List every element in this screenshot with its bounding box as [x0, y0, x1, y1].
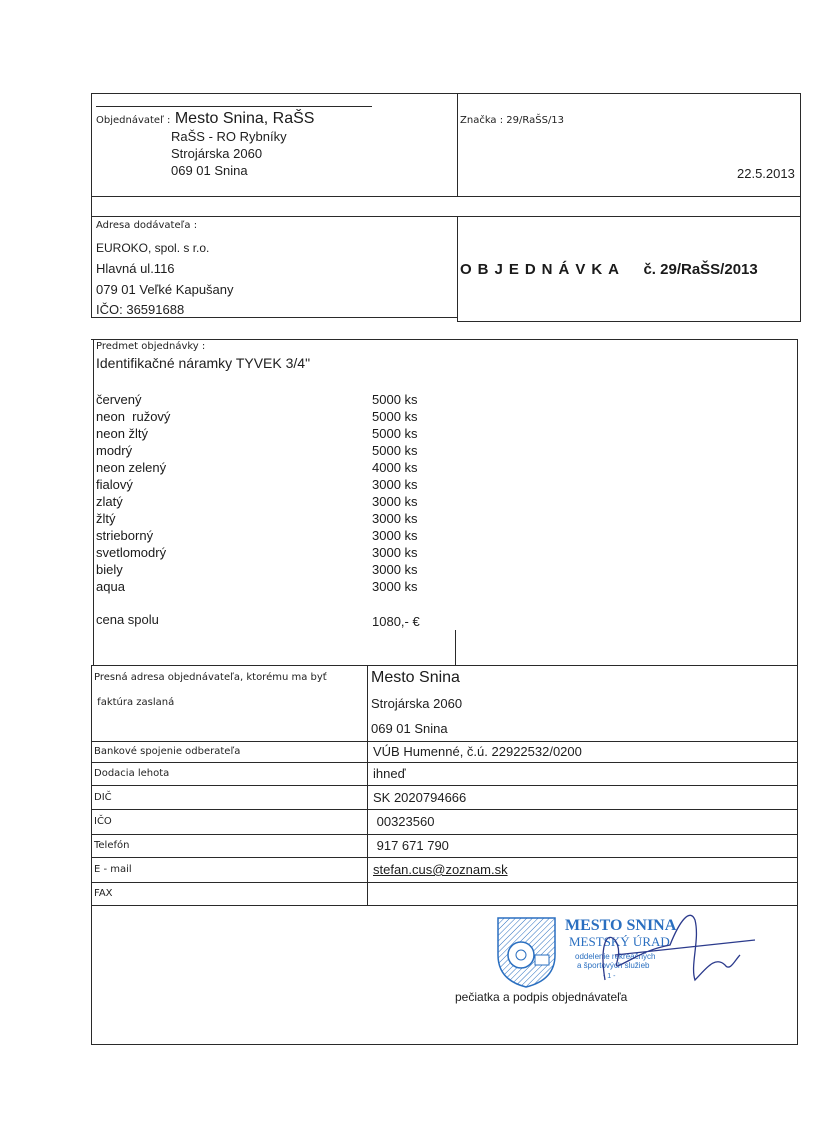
detail-label: FAX — [91, 888, 369, 899]
border — [93, 339, 94, 665]
item-name: červený — [96, 391, 372, 408]
detail-value: 917 671 790 — [369, 838, 449, 853]
mark-value: 29/RaŠS/13 — [506, 115, 564, 126]
item-row: aqua3000 ks — [96, 578, 456, 595]
item-name: zlatý — [96, 493, 372, 510]
item-quantity: 5000 ks — [372, 442, 452, 459]
svg-text:MESTO SNINA: MESTO SNINA — [565, 917, 677, 934]
border — [91, 93, 92, 318]
item-row: svetlomodrý3000 ks — [96, 544, 456, 561]
supplier-line: EUROKO, spol. s r.o. — [96, 241, 209, 255]
item-row: fialový3000 ks — [96, 476, 456, 493]
orderer-line: 069 01 Snina — [171, 163, 248, 178]
detail-value: 00323560 — [369, 814, 434, 829]
item-name: neon ružový — [96, 408, 372, 425]
item-name: neon zelený — [96, 459, 372, 476]
detail-label: Bankové spojenie odberateľa — [91, 746, 369, 757]
item-quantity: 3000 ks — [372, 476, 452, 493]
item-row: modrý5000 ks — [96, 442, 456, 459]
mark-field: Značka : 29/RaŠS/13 — [460, 115, 564, 126]
underline — [96, 106, 372, 107]
detail-row: FAX — [91, 882, 796, 905]
item-name: biely — [96, 561, 372, 578]
border — [457, 321, 801, 322]
order-title-word: OBJEDNÁVKA — [460, 261, 625, 278]
item-name: strieborný — [96, 527, 372, 544]
billing-label-2: faktúra zaslaná — [94, 697, 174, 708]
item-quantity: 5000 ks — [372, 391, 452, 408]
border — [91, 905, 798, 906]
svg-text:MESTSKÝ ÚRAD: MESTSKÝ ÚRAD — [569, 934, 670, 949]
item-quantity: 4000 ks — [372, 459, 452, 476]
item-quantity: 3000 ks — [372, 527, 452, 544]
item-quantity: 5000 ks — [372, 425, 452, 442]
detail-row: IČO 00323560 — [91, 809, 796, 834]
total-value: 1080,- € — [372, 614, 420, 629]
detail-row: Dodacia lehotaihneď — [91, 762, 796, 785]
border — [91, 196, 801, 197]
orderer-block: Objednávateľ : Mesto Snina, RaŠS — [96, 110, 314, 128]
border — [457, 93, 458, 196]
border — [91, 216, 801, 217]
detail-row: DIČSK 2020794666 — [91, 785, 796, 809]
billing-label: Presná adresa objednávateľa, ktorému ma … — [94, 672, 327, 683]
orderer-line: Strojárska 2060 — [171, 146, 262, 161]
border — [91, 317, 457, 318]
city-coat-of-arms-icon: MESTO SNINA MESTSKÝ ÚRAD oddelenie rekre… — [495, 910, 785, 990]
border — [457, 216, 458, 321]
border — [800, 93, 801, 322]
border — [91, 1044, 798, 1045]
item-quantity: 3000 ks — [372, 493, 452, 510]
item-row: strieborný3000 ks — [96, 527, 456, 544]
item-name: aqua — [96, 578, 372, 595]
subject-label: Predmet objednávky : — [96, 341, 205, 352]
item-quantity: 3000 ks — [372, 561, 452, 578]
orderer-line: RaŠS - RO Rybníky — [171, 129, 287, 144]
item-quantity: 3000 ks — [372, 578, 452, 595]
detail-row: Telefón 917 671 790 — [91, 834, 796, 857]
border — [455, 630, 456, 665]
detail-value: SK 2020794666 — [369, 790, 466, 805]
supplier-label: Adresa dodávateľa : — [96, 220, 197, 231]
item-quantity: 3000 ks — [372, 544, 452, 561]
item-name: neon žltý — [96, 425, 372, 442]
detail-row: E - mailstefan.cus@zoznam.sk — [91, 857, 796, 882]
stamp: MESTO SNINA MESTSKÝ ÚRAD oddelenie rekre… — [495, 910, 785, 995]
detail-row: Bankové spojenie odberateľaVÚB Humenné, … — [91, 741, 796, 762]
item-quantity: 5000 ks — [372, 408, 452, 425]
item-name: svetlomodrý — [96, 544, 372, 561]
item-quantity: 3000 ks — [372, 510, 452, 527]
orderer-label: Objednávateľ : — [96, 115, 170, 126]
order-date: 22.5.2013 — [737, 166, 795, 181]
item-row: žltý3000 ks — [96, 510, 456, 527]
total-label: cena spolu — [96, 612, 159, 627]
border — [91, 93, 801, 94]
billing-street: Strojárska 2060 — [371, 696, 462, 711]
detail-label: E - mail — [91, 864, 369, 875]
supplier-line: 079 01 Veľké Kapušany — [96, 282, 234, 297]
mark-label: Značka : — [460, 115, 503, 126]
detail-label: DIČ — [91, 792, 369, 803]
supplier-line: IČO: 36591688 — [96, 302, 184, 317]
orderer-name: Mesto Snina, RaŠS — [175, 110, 315, 127]
detail-value: VÚB Humenné, č.ú. 22922532/0200 — [369, 744, 582, 759]
item-row: červený5000 ks — [96, 391, 456, 408]
item-row: zlatý3000 ks — [96, 493, 456, 510]
border — [797, 665, 798, 1045]
order-title: OBJEDNÁVKA č. 29/RaŠS/2013 — [460, 261, 758, 279]
border — [91, 665, 798, 666]
item-row: neon ružový5000 ks — [96, 408, 456, 425]
detail-value: ihneď — [369, 766, 406, 781]
product-name: Identifikačné náramky TYVEK 3/4" — [96, 355, 310, 371]
item-name: modrý — [96, 442, 372, 459]
email-link[interactable]: stefan.cus@zoznam.sk — [369, 862, 508, 877]
detail-label: IČO — [91, 816, 369, 827]
item-row: neon žltý5000 ks — [96, 425, 456, 442]
supplier-line: Hlavná ul.116 — [96, 261, 175, 276]
billing-name: Mesto Snina — [371, 669, 460, 687]
item-row: biely3000 ks — [96, 561, 456, 578]
item-list: červený5000 ksneon ružový5000 ksneon žlt… — [96, 391, 456, 595]
stamp-caption: pečiatka a podpis objednávateľa — [455, 990, 627, 1004]
svg-text:a športových služieb: a športových služieb — [577, 961, 650, 970]
item-row: neon zelený4000 ks — [96, 459, 456, 476]
item-name: fialový — [96, 476, 372, 493]
item-name: žltý — [96, 510, 372, 527]
order-number: č. 29/RaŠS/2013 — [643, 261, 757, 278]
detail-label: Dodacia lehota — [91, 768, 369, 779]
border — [91, 339, 798, 340]
detail-label: Telefón — [91, 840, 369, 851]
border — [797, 339, 798, 665]
billing-city: 069 01 Snina — [371, 721, 448, 736]
